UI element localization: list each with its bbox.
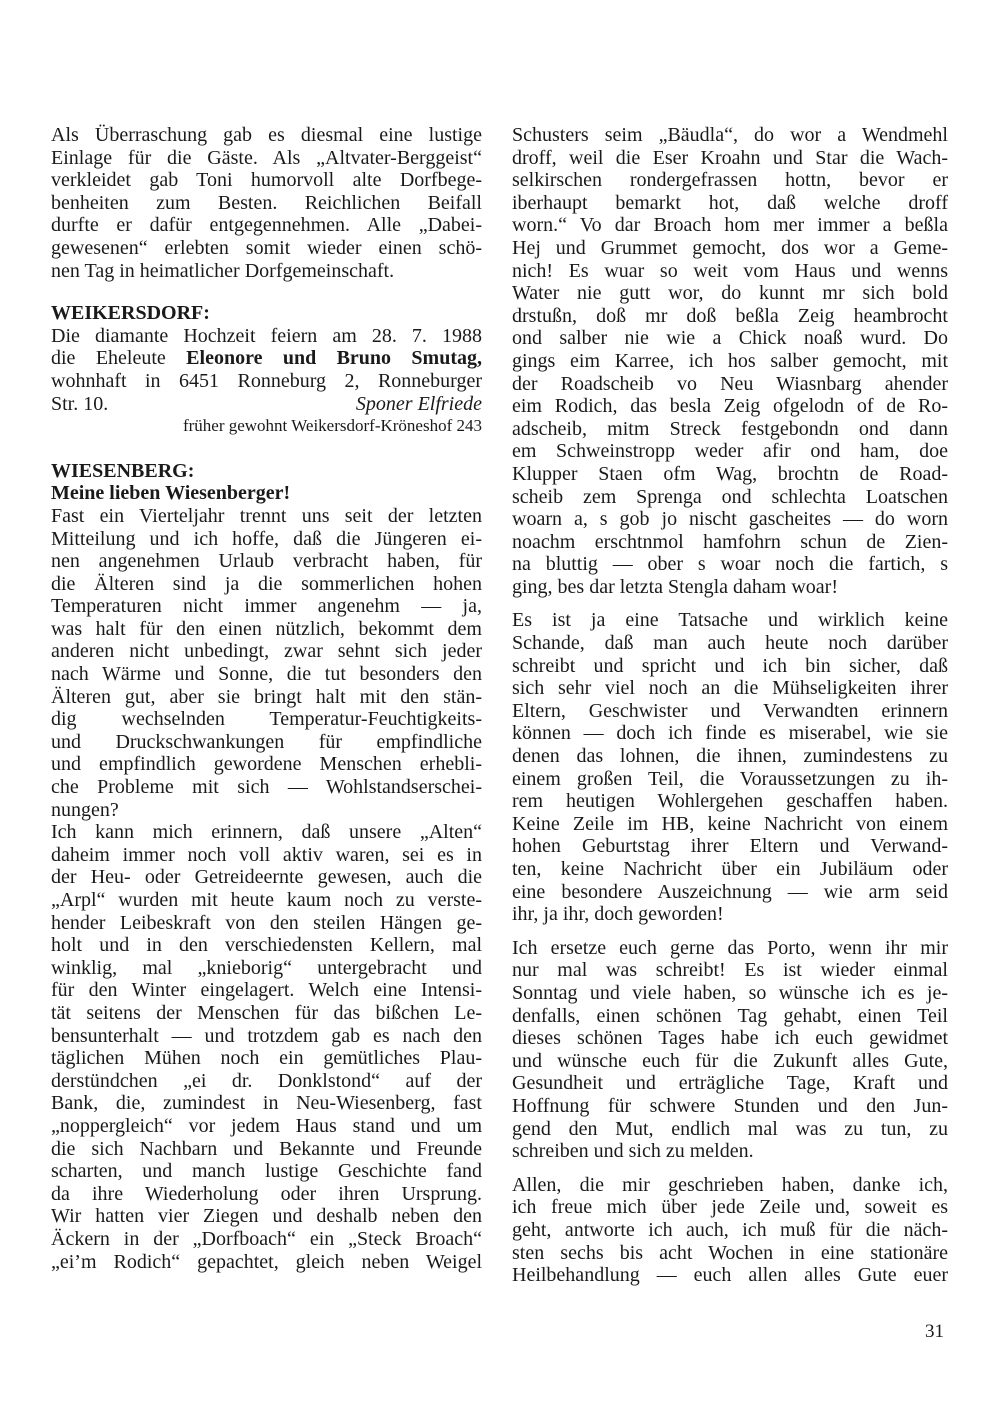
- text-line: Keine Zeile im HB, keine Nachricht von e…: [512, 813, 948, 836]
- text-line: „noppergleich“ vor jedem Haus stand und …: [51, 1115, 482, 1138]
- couple-names: Eleonore und Bruno Smutag,: [186, 347, 482, 369]
- text-line: nen angenehmen Urlaub verbracht haben, f…: [51, 550, 482, 573]
- text-line: was halt für den einen nützlich, bekommt…: [51, 618, 482, 641]
- text-line: Heilbehandlung — euch allen alles Gute e…: [512, 1264, 948, 1287]
- text-line: und Druckschwankungen für empfindliche: [51, 731, 482, 754]
- text-line: derstündchen „ei dr. Donklstond“ auf der: [51, 1070, 482, 1093]
- document-page: Als Überraschung gab es diesmal eine lus…: [0, 0, 1000, 1413]
- author-name: Sponer Elfriede: [356, 393, 482, 416]
- text-line: droff, weil die Eser Kroahn und Star die…: [512, 147, 948, 170]
- text-line: ten, keine Nachricht über ein Jubiläum o…: [512, 858, 948, 881]
- text-line: die sich Nachbarn und Bekannte und Freun…: [51, 1138, 482, 1161]
- text-line: Gesundheit und erträgliche Tage, Kraft u…: [512, 1072, 948, 1095]
- text-line: Water nie gutt wor, do kunnt mr sich bol…: [512, 282, 948, 305]
- weikersdorf-section: WEIKERSDORF: Die diamante Hochzeit feier…: [51, 302, 482, 438]
- text-line: täglichen Mühen noch ein gemütliches Pla…: [51, 1047, 482, 1070]
- text-line: em Schweinstropp weder afir ond ham, doe: [512, 440, 948, 463]
- text-line: Allen, die mir geschrieben haben, danke …: [512, 1174, 948, 1197]
- page-number: 31: [925, 1321, 944, 1343]
- text-line: nach Wärme und Sonne, die tut besonders …: [51, 663, 482, 686]
- text-line: nungen?: [51, 799, 482, 822]
- text-line: ich freue mich über jede Zeile und, sowe…: [512, 1196, 948, 1219]
- reflection-paragraph: Es ist ja eine Tatsache und wirklich kei…: [512, 609, 948, 925]
- text-line: ond salber nie wie a Chick noaß wurd. Do: [512, 327, 948, 350]
- text-line: noachm erschtnmol hamfohrn schun de Zien…: [512, 531, 948, 554]
- text-line: Schande, daß man auch heute noch darüber: [512, 632, 948, 655]
- closing-paragraph: Allen, die mir geschrieben haben, danke …: [512, 1174, 948, 1287]
- text-line: Ich kann mich erinnern, daß unsere „Alte…: [51, 821, 482, 844]
- text-line: die Eheleute Eleonore und Bruno Smutag,: [51, 347, 482, 370]
- text-line: Hoffnung für schwere Stunden und den Jun…: [512, 1095, 948, 1118]
- spacer: [51, 438, 482, 460]
- text-line: woarn a, s gob jo nischt gascheites — do…: [512, 508, 948, 531]
- text-line: Hej und Grummet gemocht, dos wor a Geme-: [512, 237, 948, 260]
- text-line: geht, antworte ich auch, ich muß für die…: [512, 1219, 948, 1242]
- text-line: Älteren gut, aber sie bringt halt mit de…: [51, 686, 482, 709]
- text-line: Fast ein Vierteljahr trennt uns seit der…: [51, 505, 482, 528]
- text-line: gewesenen“ erlebten somit wieder einen s…: [51, 237, 482, 260]
- text-line: dig wechselnden Temperatur-Feuchtigkeits…: [51, 708, 482, 731]
- text-line: Sonntag und viele haben, so wünsche ich …: [512, 982, 948, 1005]
- text-line: ging, bes dar letzta Stengla daham woar!: [512, 576, 948, 599]
- text-line: iberhaupt bemarkt hot, daß welche droff: [512, 192, 948, 215]
- wiesenberg-section: WIESENBERG: Meine lieben Wiesenberger! F…: [51, 460, 482, 1273]
- text-line: für den Winter eingelagert. Welch eine I…: [51, 979, 482, 1002]
- text-line: scharten, und manch lustige Geschichte f…: [51, 1160, 482, 1183]
- author-former-address: früher gewohnt Weikersdorf-Kröneshof 243: [51, 415, 482, 438]
- text-line: der Heu- oder Getreideernte gewesen, auc…: [51, 866, 482, 889]
- text-line: die Älteren sind ja die sommerlichen hoh…: [51, 573, 482, 596]
- spacer: [51, 282, 482, 302]
- spacer: [512, 598, 948, 609]
- text-line: selkirschen rondergefrassen hottn, bevor…: [512, 169, 948, 192]
- text-line: holt und in den verschiedensten Kellern,…: [51, 934, 482, 957]
- spacer: [512, 1163, 948, 1174]
- text-line: verkleidet gab Toni humorvoll alte Dorfb…: [51, 169, 482, 192]
- text-line: bensunterhalt — und trotzdem gab es nach…: [51, 1025, 482, 1048]
- text-line: einem großen Teil, die Voraussetzungen z…: [512, 768, 948, 791]
- text-line: denen das lohnen, die ihnen, zumindesten…: [512, 745, 948, 768]
- text-line: und wünsche euch für die Zukunft alles G…: [512, 1050, 948, 1073]
- text-line: anderen nicht unbedingt, zwar sehnt sich…: [51, 640, 482, 663]
- text-line: Ich ersetze euch gerne das Porto, wenn i…: [512, 937, 948, 960]
- text-line: gings eim Karree, ich hos salber gemocht…: [512, 350, 948, 373]
- text-line: che Probleme mit sich — Wohlstandsersche…: [51, 776, 482, 799]
- text-line: rem heutigen Wohlergehen geschaffen habe…: [512, 790, 948, 813]
- text-line: scheib zem Sprenga ond schlechta Loatsch…: [512, 486, 948, 509]
- text-line: na bluttig — ober s woar noch die fartic…: [512, 553, 948, 576]
- text-line: denfalls, einen schönen Tag gehabt, eine…: [512, 1005, 948, 1028]
- text-line: und empfindlich gewordene Menschen erheb…: [51, 753, 482, 776]
- intro-paragraph: Als Überraschung gab es diesmal eine lus…: [51, 124, 482, 282]
- text-line: durfte er dafür entgegennehmen. Alle „Da…: [51, 214, 482, 237]
- text-line: ihr, ja ihr, doch geworden!: [512, 903, 948, 926]
- text-line: „Arpl“ wurden mit heute kaum noch zu ver…: [51, 889, 482, 912]
- text-line: wohnhaft in 6451 Ronneburg 2, Ronneburge…: [51, 370, 482, 393]
- section-heading-weikersdorf: WEIKERSDORF:: [51, 302, 482, 325]
- text-line: da ihre Wiederholung oder ihren Ursprung…: [51, 1183, 482, 1206]
- spacer: [512, 926, 948, 937]
- text-line: können — doch ich finde es miserabel, wi…: [512, 722, 948, 745]
- text-line: Schusters seim „Bäudla“, do wor a Wendme…: [512, 124, 948, 147]
- text-line: schreibt und spricht und ich bin sicher,…: [512, 655, 948, 678]
- text-line: Wir hatten vier Ziegen und deshalb neben…: [51, 1205, 482, 1228]
- section-heading-wiesenberg: WIESENBERG:: [51, 460, 482, 483]
- text-line: Bank, die, zumindest in Neu-Wiesenberg, …: [51, 1092, 482, 1115]
- text-line: Die diamante Hochzeit feiern am 28. 7. 1…: [51, 325, 482, 348]
- text-line: Temperaturen nicht immer angenehm — ja,: [51, 595, 482, 618]
- text-line: sich sehr viel noch an die Mühseligkeite…: [512, 677, 948, 700]
- text-line: adscheib, mitm Streck festgebondn ond da…: [512, 418, 948, 441]
- text-line: drstußn, doß mr doß beßla Zeig heambroch…: [512, 305, 948, 328]
- text-line: „ei’m Rodich“ gepachtet, gleich neben We…: [51, 1251, 482, 1274]
- text-line: hohen Geburtstag ihrer Eltern und Verwan…: [512, 835, 948, 858]
- dialect-paragraph: Schusters seim „Bäudla“, do wor a Wendme…: [512, 124, 948, 598]
- text-line: winklig, mal „knieborig“ untergebracht u…: [51, 957, 482, 980]
- text-line: Als Überraschung gab es diesmal eine lus…: [51, 124, 482, 147]
- text-line: dieses schönen Tages habe ich euch gewid…: [512, 1027, 948, 1050]
- text-line: daheim immer noch voll aktiv waren, sei …: [51, 844, 482, 867]
- text-line: Es ist ja eine Tatsache und wirklich kei…: [512, 609, 948, 632]
- text-line: eine besondere Auszeichnung — wie arm se…: [512, 881, 948, 904]
- text-line: sten sechs bis acht Wochen in eine stati…: [512, 1242, 948, 1265]
- text-line: worn.“ Vo dar Broach hom mer immer a beß…: [512, 214, 948, 237]
- text-line: Str. 10.Sponer Elfriede: [51, 393, 482, 416]
- text-line: Klupper Staen ofm Wag, brochtn de Road-: [512, 463, 948, 486]
- text-line: Eltern, Geschwister und Verwandten erinn…: [512, 700, 948, 723]
- text-line: eim Rodich, das besla Zeig ofgelodn of d…: [512, 395, 948, 418]
- text-line: nich! Es wuar so weit vom Haus und wenns: [512, 260, 948, 283]
- text-line: benheiten zum Besten. Reichlichen Beifal…: [51, 192, 482, 215]
- text-line: tät seitens der Menschen für das bißchen…: [51, 1002, 482, 1025]
- text-line: gend den Mut, endlich mal was zu tun, zu: [512, 1118, 948, 1141]
- text-line: hender Leibeskraft von den steilen Hänge…: [51, 912, 482, 935]
- text-line: Mitteilung und ich hoffe, daß die Jünger…: [51, 528, 482, 551]
- text-fragment: die Eheleute: [51, 347, 186, 369]
- left-column: Als Überraschung gab es diesmal eine lus…: [51, 124, 482, 1273]
- text-line: Einlage für die Gäste. Als „Altvater-Ber…: [51, 147, 482, 170]
- text-line: nur mal was schreibt! Es ist wieder einm…: [512, 959, 948, 982]
- text-line: schreiben und sich zu melden.: [512, 1140, 948, 1163]
- street-number: Str. 10.: [51, 393, 108, 415]
- porto-paragraph: Ich ersetze euch gerne das Porto, wenn i…: [512, 937, 948, 1163]
- right-column: Schusters seim „Bäudla“, do wor a Wendme…: [512, 124, 948, 1287]
- text-line: nen Tag in heimatlicher Dorfgemeinschaft…: [51, 260, 482, 283]
- salutation: Meine lieben Wiesenberger!: [51, 482, 482, 505]
- text-line: der Roadscheib vo Neu Wiasnbarg ahender: [512, 373, 948, 396]
- text-line: Äckern in der „Dorfboach“ ein „Steck Bro…: [51, 1228, 482, 1251]
